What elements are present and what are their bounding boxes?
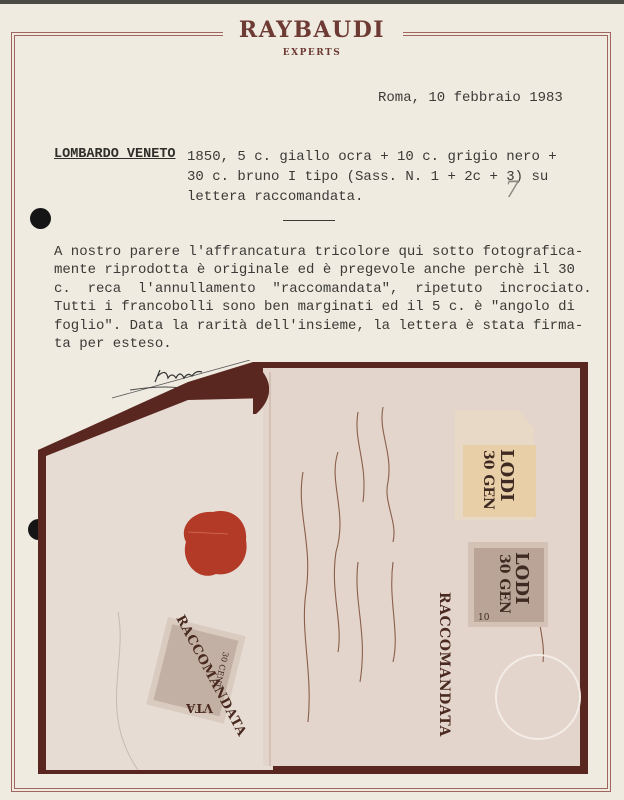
opinion-line: c. reca l'annullamento "raccomandata", r… <box>54 281 592 297</box>
scan-top-edge <box>0 0 624 4</box>
subject-line: 30 c. bruno I tipo (Sass. N. 1 + 2c + 3)… <box>187 169 548 185</box>
letter-photograph: RACCOMANDATA LODI 30 GEN LODI 30 GEN 10 … <box>38 362 588 774</box>
opinion-line: mente riprodotta è originale ed è pregev… <box>54 262 575 278</box>
svg-text:30 GEN: 30 GEN <box>496 554 512 614</box>
subject-line: 1850, 5 c. giallo ocra + 10 c. grigio ne… <box>187 149 557 165</box>
expert-opinion-text: A nostro parere l'affrancatura tricolore… <box>54 243 594 353</box>
opinion-line: ta per esteso. <box>54 336 172 352</box>
subject-line: lettera raccomandata. <box>187 189 363 205</box>
letter-image: RACCOMANDATA LODI 30 GEN LODI 30 GEN 10 … <box>38 362 588 774</box>
handwritten-annotation: 7 <box>505 178 519 203</box>
subject-label: LOMBARDO VENETO <box>54 147 176 162</box>
svg-text:10: 10 <box>478 613 490 623</box>
subject-description: 1850, 5 c. giallo ocra + 10 c. grigio ne… <box>187 147 587 207</box>
section-divider <box>283 220 335 221</box>
svg-text:30 GEN: 30 GEN <box>480 450 496 510</box>
brand-subtitle: EXPERTS <box>0 48 624 58</box>
brand-title: RAYBAUDI <box>0 17 624 43</box>
svg-text:LODI: LODI <box>496 449 517 501</box>
opinion-line: A nostro parere l'affrancatura tricolore… <box>54 244 583 260</box>
svg-text:LODI: LODI <box>511 552 532 604</box>
svg-text:VTA: VTA <box>185 701 214 715</box>
cancel-raccomandata-center: RACCOMANDATA <box>436 592 452 738</box>
opinion-line: foglio". Data la rarità dell'insieme, la… <box>54 318 583 334</box>
opinion-line: Tutti i francobolli sono ben marginati e… <box>54 299 575 315</box>
certificate-date: Roma, 10 febbraio 1983 <box>378 90 563 106</box>
punch-hole-top <box>30 208 51 229</box>
